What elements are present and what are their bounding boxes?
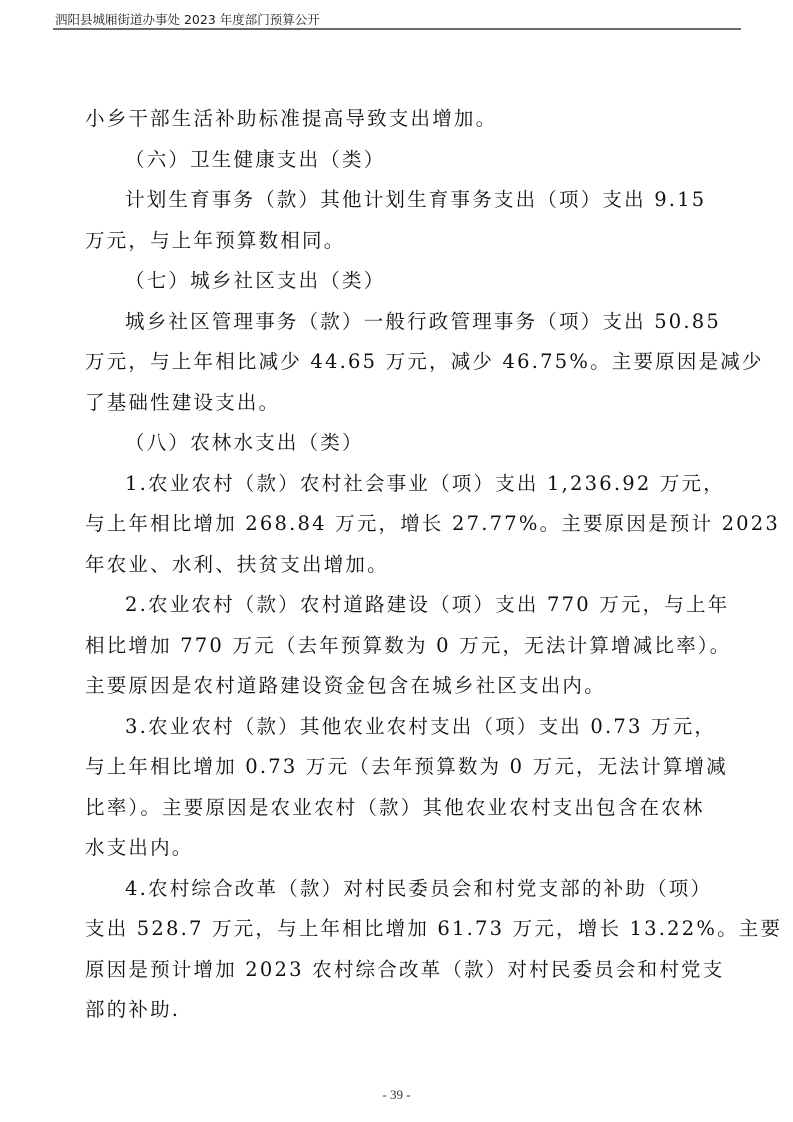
text-line: 与上年相比增加 0.73 万元（去年预算数为 0 万元，无法计算增减: [85, 755, 728, 779]
text-line: 比率）。主要原因是农业农村（款）其他农业农村支出包含在农林: [85, 796, 705, 820]
text-line: 相比增加 770 万元（去年预算数为 0 万元，无法计算增减比率）。: [85, 634, 731, 658]
text-line: 年农业、水利、扶贫支出增加。: [85, 553, 389, 577]
text-line: 支出 528.7 万元，与上年相比增加 61.73 万元，增长 13.22%。主…: [85, 917, 782, 941]
text-line: 原因是预计增加 2023 农村综合改革（款）对村民委员会和村党支: [85, 958, 724, 982]
text-line: 3.农业农村（款）其他农业农村支出（项）支出 0.73 万元，: [125, 715, 716, 739]
text-line: 了基础性建设支出。: [85, 391, 280, 415]
page-number: - 39 -: [0, 1087, 793, 1103]
text-line: 4.农村综合改革（款）对村民委员会和村党支部的补助（项）: [125, 877, 712, 901]
text-line: 部的补助.: [85, 998, 180, 1022]
section-heading: （六）卫生健康支出（类）: [125, 148, 385, 172]
text-line: 万元，与上年预算数相同。: [85, 229, 345, 253]
text-line: 万元，与上年相比减少 44.65 万元，减少 46.75%。主要原因是减少: [85, 350, 764, 374]
text-line: 1.农业农村（款）农村社会事业（项）支出 1,236.92 万元，: [125, 472, 725, 496]
text-line: 主要原因是农村道路建设资金包含在城乡社区支出内。: [85, 674, 606, 698]
text-line: 水支出内。: [85, 836, 194, 860]
text-line: 计划生育事务（款）其他计划生育事务支出（项）支出 9.15: [125, 188, 706, 212]
text-line: 2.农业农村（款）农村道路建设（项）支出 770 万元，与上年: [125, 593, 729, 617]
text-line: 小乡干部生活补助标准提高导致支出增加。: [85, 107, 497, 131]
text-line: 与上年相比增加 268.84 万元，增长 27.77%。主要原因是预计 2023: [85, 512, 780, 536]
section-heading: （七）城乡社区支出（类）: [125, 269, 385, 293]
text-line: 城乡社区管理事务（款）一般行政管理事务（项）支出 50.85: [125, 310, 721, 334]
header-divider: [53, 28, 741, 30]
section-heading: （八）农林水支出（类）: [125, 431, 364, 455]
running-header: 泗阳县城厢街道办事处 2023 年度部门预算公开: [55, 10, 320, 28]
